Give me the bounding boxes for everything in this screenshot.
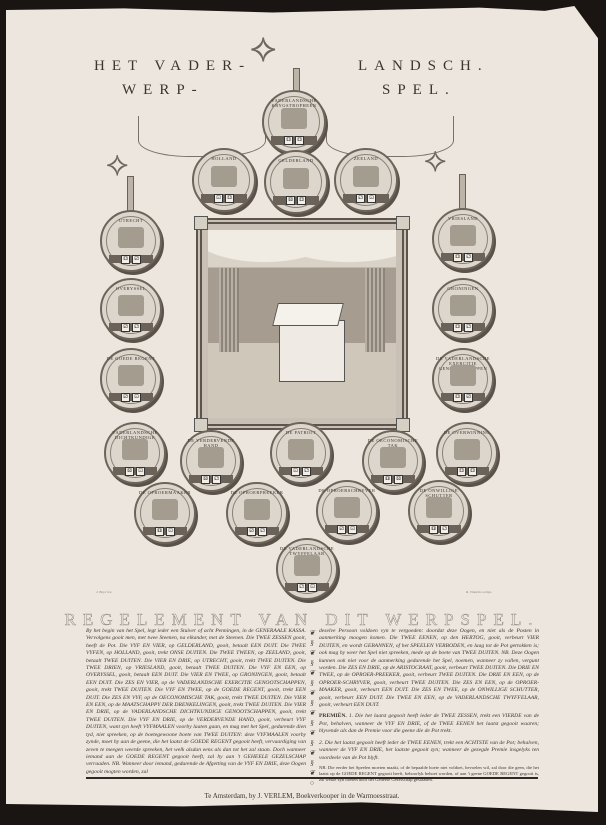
medallion-twyffelaar: DE VADERLANDSCHE TWYFFELAAR ⚁⚀ <box>276 538 338 600</box>
medallion-groningen: GRONINGEN ⚃⚁ <box>432 278 494 340</box>
medallion-overyssel: OVERYSSEL ⚂⚁ <box>100 278 162 340</box>
medallion-oproerpreeker: DE OPROERPREEKER ⚂⚁ <box>226 482 288 544</box>
medallion-patriot: DE PATRIOT ⚀⚁ <box>270 422 332 484</box>
medallion-gelderland: GELDERLAND ⚄⚃ <box>264 150 328 214</box>
paper-sheet: HET VADER- LANDSCH. WERP- SPEL. ⟡ ⟡ ⟡ VA… <box>6 6 598 812</box>
medallion-exercitie: DE VADERLANDSCHE EXERCITIE GENOOTSCHAPPE… <box>432 348 494 410</box>
premien-block: PREMIËN. 1. Die het laatst gegooit heeft… <box>319 713 539 735</box>
divider-rule <box>86 777 538 779</box>
garland <box>326 116 454 157</box>
rules-heading: REGELEMENT VAN DIT WERPSPEL. <box>6 610 598 630</box>
medallion-onwillige-schutter: DE ONWILLIGE SCHUTTER ⚅⚁ <box>408 480 470 542</box>
medallion-oproerschryver: DE OPROERSCHRYVER ⚂⚀ <box>316 480 378 542</box>
rules-column-2-text: deselve Persoon voldoen vyn te vergoeden… <box>319 628 539 709</box>
medallion-overwinning: DE OVERWINNING ⚃⚃ <box>436 422 498 484</box>
garland <box>138 116 266 157</box>
title-line1-right: LANDSCH. <box>358 58 489 75</box>
engraver-signature-right: R. Vinkeles sculps. <box>466 590 492 594</box>
chest <box>279 320 345 382</box>
premien-label: PREMIËN. <box>319 713 347 719</box>
curtain <box>208 230 396 286</box>
medallion-verdervende-hand: DE VERDERVENDE HAND ⚄⚁ <box>180 430 242 492</box>
premie-2: 2. Die het laatst gegooit heeft ieder de… <box>319 740 539 762</box>
ribbon-bow-icon: ⟡ <box>250 28 276 68</box>
chest-scene <box>208 230 396 418</box>
title-line1-left: HET VADER- <box>94 58 251 75</box>
rules-column-2: deselve Persoon voldoen vyn te vergoeden… <box>319 628 539 782</box>
medallion-holland: HOLLAND ⚀⚃ <box>192 148 256 212</box>
medallion-oeconomische-tak: DE OECONOMISCHE TAK ⚅⚄ <box>362 430 424 492</box>
medallion-utrecht: UTRECHT ⚃⚂ <box>100 210 162 272</box>
title-line2-right: SPEL. <box>382 82 456 99</box>
medallion-dichtkundige: VADERLANDSCHE DICHTKUNDIGE ⚄⚀ <box>104 422 166 484</box>
medallion-goede-regent: DE GOEDE REGENT ⚂⚀ <box>100 348 162 410</box>
nb-note: NB. Die eerder het Speelen moeten maakt,… <box>319 765 539 782</box>
premie-1: 1. Die het laatst gegooit heeft ieder de… <box>319 713 539 734</box>
medallion-top: VADERLANDSCHE KRYGSTROPHEEN ⚃⚃ <box>262 90 326 154</box>
central-engraving-frame <box>196 218 408 430</box>
medallion-vriesland: VRIESLAND ⚃⚁ <box>432 208 494 270</box>
publisher-imprint: Te Amsterdam, by J. VERLEM, Boekverkoope… <box>6 792 598 800</box>
medallion-oproermaaker: DE OPROERMAAKER ⚅⚀ <box>134 482 196 544</box>
rules-column-1: By het begin van het Spel, legt ieder ee… <box>86 628 306 776</box>
title-line2-left: WERP- <box>122 82 204 99</box>
ribbon-bow-icon: ⟡ <box>106 148 128 182</box>
premie-2-text: 2. Die het laatst gegooit heeft ieder de… <box>319 740 539 761</box>
medallion-zeeland: ZEELAND ⚁⚀ <box>334 148 398 212</box>
engraver-signature-left: J. Buys inv. <box>96 590 112 594</box>
vine-ornament-icon: ❦§❦§❦§❦§❦§❦§❦§❦○ <box>308 628 316 788</box>
